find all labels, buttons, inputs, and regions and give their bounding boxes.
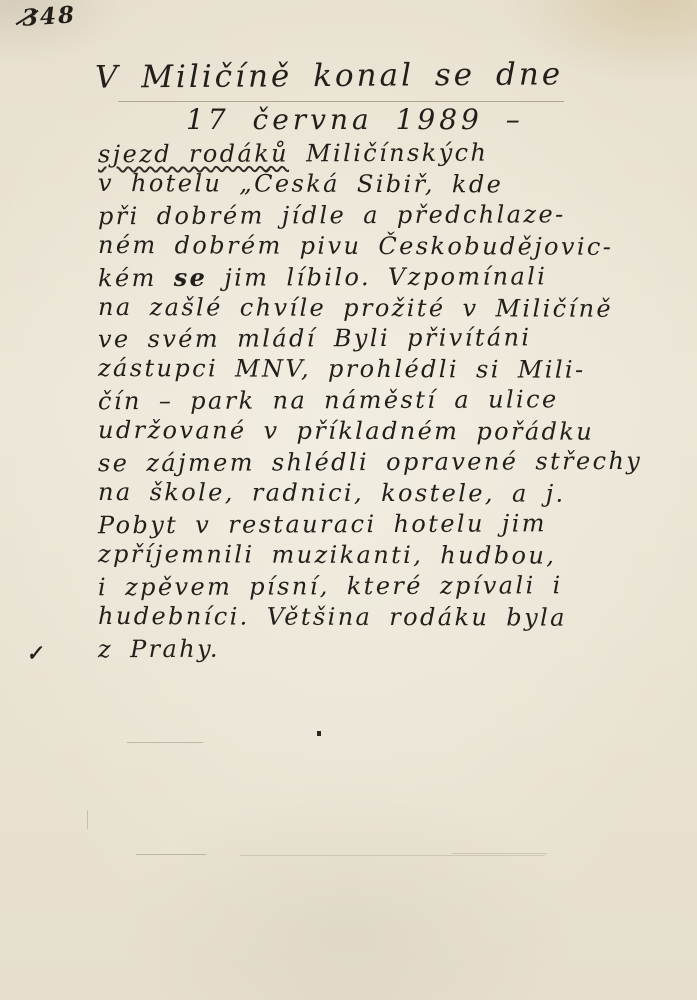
heading-line-1: V Miličíně konal se dne bbox=[95, 56, 563, 95]
handwritten-segment: sjezd rodáků bbox=[98, 139, 289, 168]
manuscript-page: 348 V Miličíně konal se dne 17 června 19… bbox=[0, 0, 697, 1000]
ruled-underline bbox=[118, 101, 564, 102]
handwritten-segment: zástupci MNV, prohlédli si Mili- bbox=[98, 354, 586, 384]
handwritten-segment: se bbox=[174, 262, 208, 291]
handwritten-line: na škole, radnici, kostele, a j. bbox=[98, 477, 673, 510]
handwritten-segment: udržované v příkladném pořádku bbox=[98, 416, 594, 446]
handwritten-segment: v hotelu „Česká Sibiř, kde bbox=[98, 169, 503, 198]
handwritten-segment: kém bbox=[98, 264, 174, 292]
handwritten-line: sjezd rodáků Miličínských bbox=[98, 137, 673, 170]
heading-line-2: 17 června 1989 – bbox=[186, 103, 524, 136]
handwritten-segment: jim líbilo. Vzpomínali bbox=[207, 262, 547, 291]
handwritten-segment: Miličínských bbox=[289, 139, 488, 168]
handwritten-line: na zašlé chvíle prožité v Miličíně bbox=[98, 292, 673, 325]
handwritten-segment: čín – park na náměstí a ulice bbox=[98, 385, 559, 415]
handwritten-segment: z Prahy. bbox=[98, 634, 220, 663]
manuscript-body: sjezd rodáků Miličínskýchv hotelu „Česká… bbox=[98, 138, 673, 663]
handwritten-segment: i zpěvem písní, které zpívali i bbox=[98, 571, 563, 601]
handwritten-segment: se zájmem shlédli opravené střechy bbox=[98, 447, 642, 477]
handwritten-line: při dobrém jídle a předchlaze- bbox=[98, 199, 673, 232]
handwritten-line: ve svém mládí Byli přivítáni bbox=[98, 322, 673, 355]
page-number: 348 bbox=[21, 1, 77, 32]
handwritten-segment: hudebníci. Většina rodáku byla bbox=[98, 602, 567, 632]
faint-pencil-line bbox=[452, 853, 547, 854]
handwritten-line: z Prahy. bbox=[98, 631, 673, 664]
faint-pencil-line bbox=[240, 855, 545, 856]
handwritten-segment: ném dobrém pivu Českobudějovic- bbox=[98, 231, 613, 261]
handwritten-segment: ve svém mládí Byli přivítáni bbox=[98, 324, 532, 354]
handwritten-line: kém se jim líbilo. Vzpomínali bbox=[98, 260, 673, 293]
handwritten-segment: na zašlé chvíle prožité v Miličíně bbox=[98, 293, 613, 323]
faint-pencil-line bbox=[136, 854, 206, 855]
handwritten-segment: na škole, radnici, kostele, a j. bbox=[98, 478, 566, 508]
faint-pencil-line bbox=[127, 742, 203, 743]
handwritten-segment: Pobyt v restauraci hotelu jim bbox=[98, 509, 547, 539]
handwritten-line: udržované v příkladném pořádku bbox=[98, 415, 673, 448]
ink-speck bbox=[317, 731, 321, 736]
faint-pencil-line bbox=[87, 810, 88, 829]
handwritten-segment: při dobrém jídle a předchlaze- bbox=[98, 200, 566, 230]
handwritten-line: čín – park na náměstí a ulice bbox=[98, 384, 673, 417]
handwritten-line: hudebníci. Většina rodáku byla bbox=[98, 601, 673, 634]
handwritten-line: v hotelu „Česká Sibiř, kde bbox=[98, 168, 673, 201]
handwritten-line: zpříjemnili muzikanti, hudbou, bbox=[98, 539, 673, 572]
margin-checkmark: ✓ bbox=[25, 640, 44, 666]
handwritten-line: Pobyt v restauraci hotelu jim bbox=[98, 508, 673, 541]
handwritten-line: se zájmem shlédli opravené střechy bbox=[98, 446, 673, 479]
handwritten-line: i zpěvem písní, které zpívali i bbox=[98, 569, 673, 602]
handwritten-line: ném dobrém pivu Českobudějovic- bbox=[98, 230, 673, 263]
handwritten-segment: zpříjemnili muzikanti, hudbou, bbox=[98, 540, 556, 570]
handwritten-line: zástupci MNV, prohlédli si Mili- bbox=[98, 353, 673, 386]
